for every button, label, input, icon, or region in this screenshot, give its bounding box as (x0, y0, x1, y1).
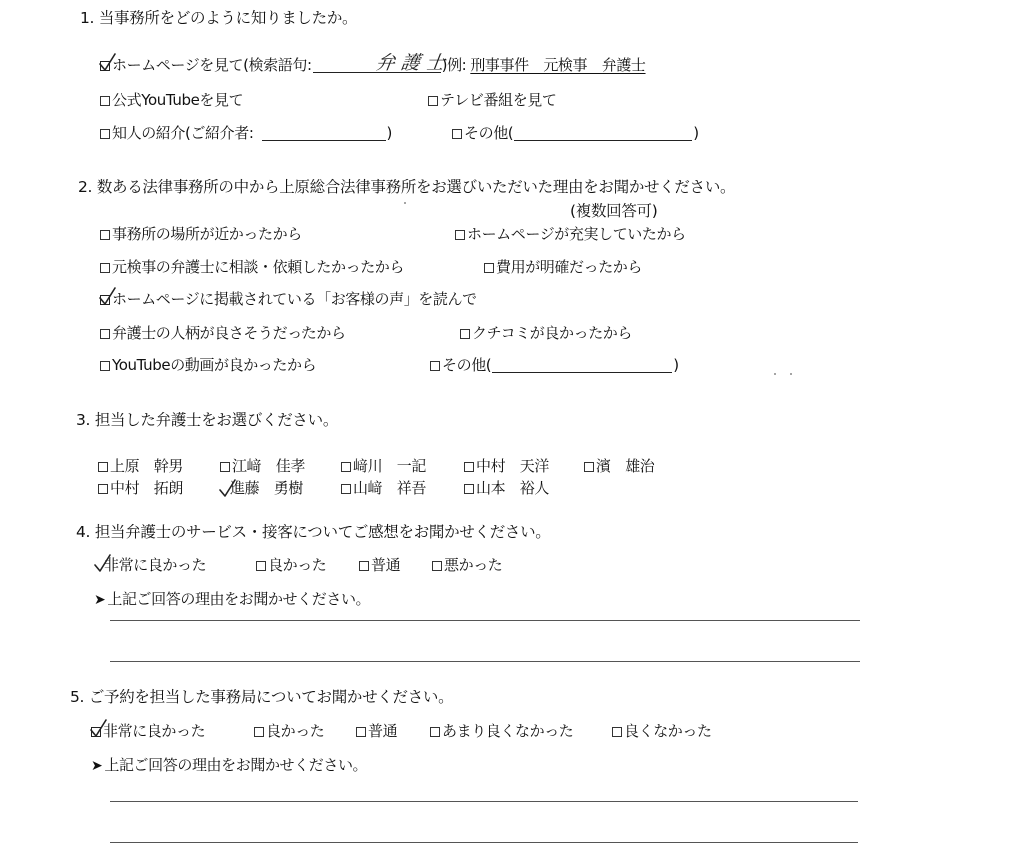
q5-option-good[interactable]: 良かった (254, 724, 324, 739)
option-label: ホームページが充実していたから (467, 227, 686, 242)
q3-lawyer-hama[interactable]: 濱 雄治 (584, 459, 654, 474)
checkbox[interactable] (452, 129, 462, 139)
checkbox[interactable] (220, 462, 230, 472)
lawyer-name: 﨑川 一記 (353, 459, 426, 474)
option-label: 弁護士の人柄が良さそうだったから (112, 326, 346, 341)
checkbox-checked[interactable] (91, 727, 101, 737)
checkbox[interactable] (100, 263, 110, 273)
referrer-field[interactable] (262, 126, 386, 141)
example-terms: 刑事事件 元検事 弁護士 (470, 58, 645, 73)
other-field[interactable] (514, 126, 692, 141)
checkbox-checked[interactable] (100, 295, 110, 305)
q2-option-personality[interactable]: 弁護士の人柄が良さそうだったから (100, 326, 346, 341)
option-label: 費用が明確だったから (496, 260, 642, 275)
q3-lawyer-yamasaki[interactable]: 山﨑 祥吾 (341, 481, 426, 496)
close-paren: ) (673, 358, 678, 373)
q2-option-reviews[interactable]: クチコミが良かったから (460, 326, 632, 341)
checkbox[interactable] (428, 96, 438, 106)
option-label: あまり良くなかった (442, 724, 573, 739)
q2-option-customer-voices[interactable]: ホームページに掲載されている「お客様の声」を読んで (100, 292, 477, 307)
lawyer-name: 山﨑 祥吾 (353, 481, 426, 496)
q5-answer-line-1[interactable] (110, 801, 858, 802)
q4-option-bad[interactable]: 悪かった (432, 558, 502, 573)
q5-reason-prompt: ➤ 上記ご回答の理由をお聞かせください。 (91, 758, 367, 773)
q4-option-good[interactable]: 良かった (256, 558, 326, 573)
checkbox[interactable] (359, 561, 369, 571)
q2-option-homepage-content[interactable]: ホームページが充実していたから (455, 227, 686, 242)
checkbox[interactable] (341, 484, 351, 494)
scan-speck (774, 373, 776, 375)
q2-note: (複数回答可) (570, 204, 658, 220)
lawyer-name: 中村 天洋 (476, 459, 549, 474)
option-label: 知人の紹介(ご紹介者: (112, 126, 254, 141)
checkbox[interactable] (256, 561, 266, 571)
q4-title: 4. 担当弁護士のサービス・接客についてご感想をお聞かせください。 (76, 525, 551, 541)
scan-speck (404, 202, 406, 204)
lawyer-name: 山本 裕人 (476, 481, 549, 496)
option-label: テレビ番組を見て (440, 93, 557, 108)
checkbox[interactable] (100, 96, 110, 106)
checkbox[interactable] (341, 462, 351, 472)
q3-lawyer-uehara[interactable]: 上原 幹男 (98, 459, 183, 474)
checkbox[interactable] (98, 484, 108, 494)
checkbox[interactable] (612, 727, 622, 737)
option-label: 悪かった (444, 558, 502, 573)
q2-option-clear-fees[interactable]: 費用が明確だったから (484, 260, 642, 275)
q1-option-referral[interactable]: 知人の紹介(ご紹介者: ) (100, 126, 392, 141)
option-label: 非常に良かった (103, 724, 205, 739)
option-label: 普通 (368, 724, 397, 739)
checkbox[interactable] (98, 462, 108, 472)
checkbox[interactable] (100, 230, 110, 240)
checkbox-checked[interactable] (100, 61, 110, 71)
option-label: ホームページに掲載されている「お客様の声」を読んで (112, 292, 477, 307)
checkbox-checked[interactable] (220, 485, 228, 493)
q4-option-very-good[interactable]: 非常に良かった (94, 558, 206, 573)
checkbox[interactable] (254, 727, 264, 737)
checkbox[interactable] (484, 263, 494, 273)
option-label: その他( (464, 126, 513, 141)
checkbox[interactable] (100, 129, 110, 139)
q5-option-average[interactable]: 普通 (356, 724, 397, 739)
q3-lawyer-nakamura-takuro[interactable]: 中村 拓朗 (98, 481, 183, 496)
q3-lawyer-nakamura-tenyo[interactable]: 中村 天洋 (464, 459, 549, 474)
q3-lawyer-ezaki[interactable]: 江﨑 佳孝 (220, 459, 305, 474)
q3-title: 3. 担当した弁護士をお選びください。 (76, 413, 338, 429)
arrow-icon: ➤ (94, 593, 105, 607)
option-label: その他( (442, 358, 491, 373)
q1-title: 1. 当事務所をどのように知りましたか。 (80, 11, 357, 27)
arrow-icon: ➤ (91, 759, 102, 773)
option-label: ホームページを見て(検索語句: (112, 58, 312, 73)
q2-option-youtube-video[interactable]: YouTubeの動画が良かったから (100, 358, 316, 373)
q4-answer-line-1[interactable] (110, 620, 860, 621)
q3-lawyer-yamamoto[interactable]: 山本 裕人 (464, 481, 549, 496)
option-label: YouTubeの動画が良かったから (112, 358, 316, 373)
checkbox[interactable] (464, 484, 474, 494)
q4-answer-line-2[interactable] (110, 661, 860, 662)
lawyer-name: 江﨑 佳孝 (232, 459, 305, 474)
q1-option-homepage[interactable]: ホームページを見て(検索語句: ) 例: 刑事事件 元検事 弁護士 (100, 58, 646, 73)
option-label: 公式YouTubeを見て (112, 93, 243, 108)
option-label: 良かった (268, 558, 326, 573)
checkbox[interactable] (460, 329, 470, 339)
handwritten-search-term: 弁護士 (374, 48, 453, 75)
prompt-label: 上記ご回答の理由をお聞かせください。 (104, 758, 367, 773)
checkbox[interactable] (432, 561, 442, 571)
option-label: 普通 (371, 558, 400, 573)
checkbox[interactable] (100, 361, 110, 371)
option-label: 良くなかった (624, 724, 712, 739)
other-field[interactable] (492, 358, 672, 373)
option-label: 良かった (266, 724, 324, 739)
checkbox[interactable] (100, 329, 110, 339)
checkbox-checked[interactable] (94, 562, 102, 570)
option-label: クチコミが良かったから (472, 326, 632, 341)
checkbox[interactable] (455, 230, 465, 240)
lawyer-name: 濱 雄治 (596, 459, 654, 474)
close-paren: ) (693, 126, 698, 141)
checkbox[interactable] (430, 727, 440, 737)
lawyer-name: 中村 拓朗 (110, 481, 183, 496)
scan-speck (790, 373, 792, 375)
q5-option-not-so-good[interactable]: あまり良くなかった (430, 724, 573, 739)
q3-lawyer-sakikawa[interactable]: 﨑川 一記 (341, 459, 426, 474)
option-label: 元検事の弁護士に相談・依頼したかったから (112, 260, 404, 275)
q3-lawyer-shindo[interactable]: 進藤 勇樹 (220, 481, 303, 496)
checkbox[interactable] (430, 361, 440, 371)
q1-option-youtube[interactable]: 公式YouTubeを見て (100, 93, 243, 108)
option-label: 非常に良かった (104, 558, 206, 573)
q5-option-bad[interactable]: 良くなかった (612, 724, 712, 739)
q4-option-average[interactable]: 普通 (359, 558, 400, 573)
q2-option-other[interactable]: その他( ) (430, 358, 679, 373)
option-label: 事務所の場所が近かったから (112, 227, 302, 242)
q1-option-other[interactable]: その他( ) (452, 126, 699, 141)
q2-title: 2. 数ある法律事務所の中から上原総合法律事務所をお選びいただいた理由をお聞かせ… (78, 180, 735, 196)
q2-option-former-prosecutor[interactable]: 元検事の弁護士に相談・依頼したかったから (100, 260, 404, 275)
checkbox[interactable] (584, 462, 594, 472)
scan-speck (302, 331, 304, 333)
q5-option-very-good[interactable]: 非常に良かった (91, 724, 205, 739)
lawyer-name: 進藤 勇樹 (230, 481, 303, 496)
q5-title: 5. ご予約を担当した事務局についてお聞かせください。 (70, 690, 453, 706)
lawyer-name: 上原 幹男 (110, 459, 183, 474)
close-paren: ) (387, 126, 392, 141)
prompt-label: 上記ご回答の理由をお聞かせください。 (107, 592, 370, 607)
q4-reason-prompt: ➤ 上記ご回答の理由をお聞かせください。 (94, 592, 370, 607)
q5-answer-line-2[interactable] (110, 842, 858, 843)
q1-option-tv[interactable]: テレビ番組を見て (428, 93, 557, 108)
q2-option-location[interactable]: 事務所の場所が近かったから (100, 227, 302, 242)
checkbox[interactable] (464, 462, 474, 472)
checkbox[interactable] (356, 727, 366, 737)
